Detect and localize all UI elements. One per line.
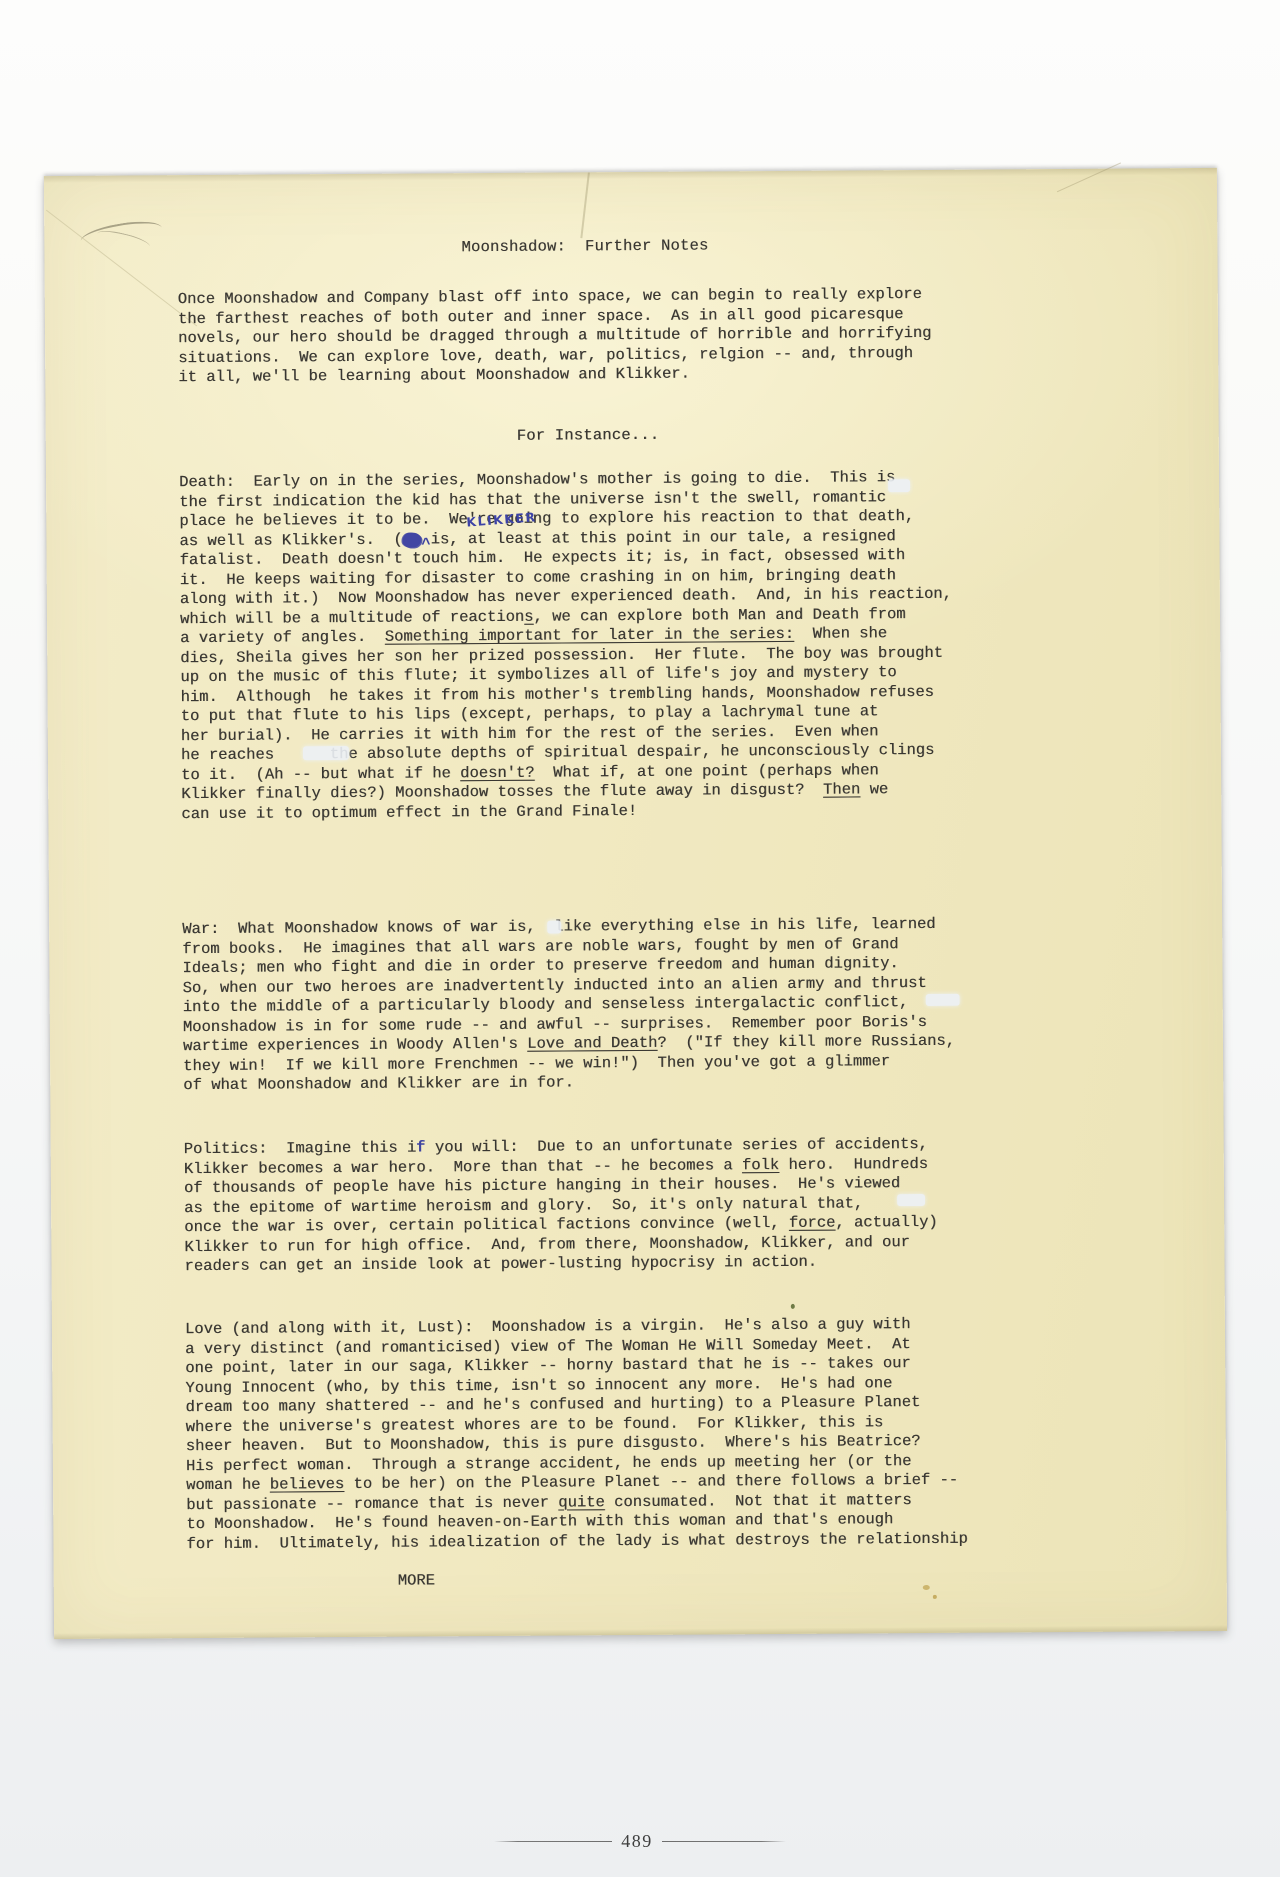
scanned-typewritten-page: Moonshadow: Further Notes Once Moonshado… bbox=[44, 168, 1227, 1639]
whiteout-mark bbox=[897, 1194, 925, 1206]
typed-line: it all, we'll be learning about Moonshad… bbox=[178, 363, 932, 388]
page-number: 489 bbox=[621, 1831, 653, 1852]
whiteout-mark bbox=[547, 921, 561, 934]
paragraph-war: War: What Moonshadow knows of war is, li… bbox=[182, 915, 955, 1096]
section-heading-for-instance: For Instance... bbox=[517, 426, 660, 445]
staple-crease-mark bbox=[79, 217, 163, 252]
typed-line: of what Moonshadow and Klikker are in fo… bbox=[183, 1071, 955, 1096]
paper-speck bbox=[791, 1304, 795, 1309]
typed-line: readers can get an inside look at power-… bbox=[184, 1252, 938, 1277]
fold-crease-top bbox=[580, 172, 590, 238]
staple-crease-mark-2 bbox=[96, 227, 152, 252]
paper-stain bbox=[933, 1595, 937, 1599]
whiteout-mark bbox=[303, 746, 349, 760]
document-title: Moonshadow: Further Notes bbox=[461, 236, 708, 256]
scanned-document-page: { "page": { "footer_page_number": "489" … bbox=[0, 0, 1280, 1877]
folio-rule-left bbox=[494, 1841, 612, 1843]
book-folio: 489 bbox=[0, 1831, 1280, 1852]
whiteout-mark bbox=[888, 479, 910, 492]
whiteout-mark bbox=[926, 994, 960, 1006]
more-continuation-label: MORE bbox=[398, 1571, 435, 1589]
fold-crease-right bbox=[1057, 162, 1121, 192]
paragraph-intro: Once Moonshadow and Company blast off in… bbox=[178, 285, 932, 388]
folio-rule-right bbox=[662, 1841, 786, 1843]
paragraph-politics: Politics: Imagine this if you will: Due … bbox=[184, 1135, 938, 1277]
fold-crease-corner bbox=[46, 210, 197, 327]
paper-stain bbox=[923, 1585, 930, 1590]
paragraph-love: Love (and along with it, Lust): Moonshad… bbox=[185, 1315, 968, 1554]
paragraph-death: Death: Early on in the series, Moonshado… bbox=[179, 468, 953, 824]
